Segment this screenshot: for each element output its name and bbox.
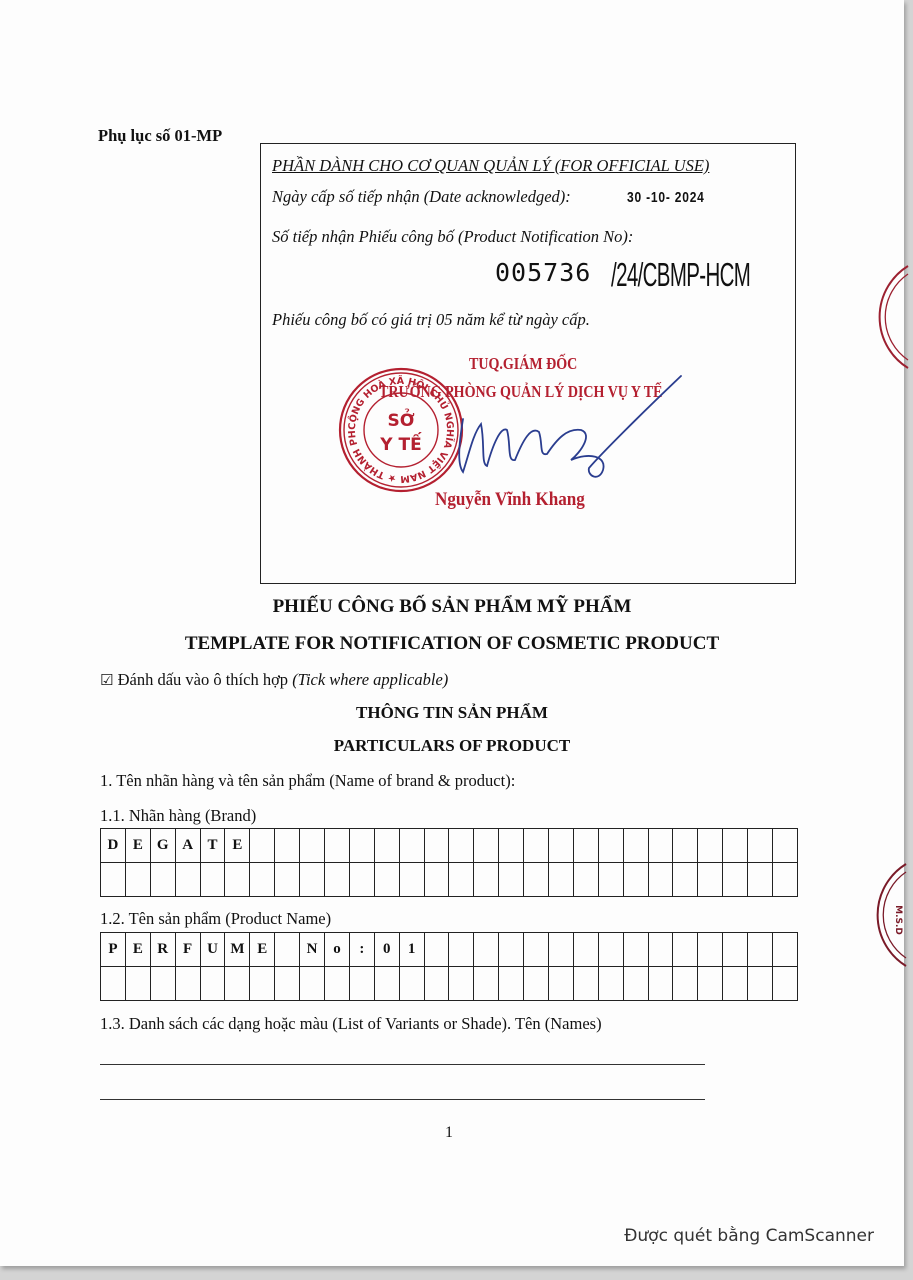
grid-cell	[350, 829, 375, 863]
grid-cell	[624, 933, 649, 967]
tick-instruction-vi: Đánh dấu vào ô thích hợp	[118, 670, 288, 689]
grid-cell	[673, 933, 698, 967]
grid-cell	[549, 933, 574, 967]
grid-cell	[649, 829, 674, 863]
item-1-1-label: 1.1. Nhãn hàng (Brand)	[100, 806, 256, 826]
grid-cell: T	[201, 829, 226, 863]
signature-icon	[411, 344, 711, 494]
document-page: Phụ lục số 01-MP PHẦN DÀNH CHO CƠ QUAN Q…	[0, 0, 904, 1266]
grid-cell	[375, 863, 400, 897]
grid-cell	[425, 863, 450, 897]
page-number: 1	[445, 1124, 453, 1142]
grid-cell	[599, 933, 624, 967]
grid-cell	[375, 967, 400, 1001]
grid-cell	[101, 863, 126, 897]
grid-cell	[574, 829, 599, 863]
item-1-label: 1. Tên nhãn hàng và tên sản phẩm (Name o…	[100, 771, 515, 791]
grid-cell: A	[176, 829, 201, 863]
grid-cell	[723, 829, 748, 863]
grid-cell	[499, 863, 524, 897]
grid-cell	[275, 829, 300, 863]
grid-cell	[400, 829, 425, 863]
official-use-title: PHẦN DÀNH CHO CƠ QUAN QUẢN LÝ (FOR OFFIC…	[272, 156, 709, 176]
grid-cell	[524, 967, 549, 1001]
grid-cell	[325, 967, 350, 1001]
grid-cell	[449, 829, 474, 863]
section-title-en: PARTICULARS OF PRODUCT	[0, 736, 904, 756]
grid-cell	[225, 863, 250, 897]
brand-grid: DEGATE	[100, 828, 798, 897]
grid-cell	[151, 967, 176, 1001]
grid-cell	[176, 967, 201, 1001]
grid-cell	[549, 967, 574, 1001]
grid-cell	[649, 863, 674, 897]
grid-cell	[624, 967, 649, 1001]
grid-cell	[325, 829, 350, 863]
grid-cell	[574, 967, 599, 1001]
notification-number: 005736	[495, 258, 591, 287]
grid-cell	[624, 829, 649, 863]
notification-number-suffix: /24/CBMP-HCM	[611, 256, 750, 294]
grid-cell	[524, 829, 549, 863]
grid-cell	[723, 933, 748, 967]
grid-cell	[673, 863, 698, 897]
grid-cell: R	[151, 933, 176, 967]
grid-cell	[499, 829, 524, 863]
grid-cell	[474, 829, 499, 863]
validity-text: Phiếu công bố có giá trị 05 năm kể từ ng…	[272, 310, 590, 330]
grid-cell	[748, 967, 773, 1001]
grid-cell	[773, 863, 798, 897]
tick-instruction-en: (Tick where applicable)	[292, 670, 448, 689]
item-1-2-label: 1.2. Tên sản phẩm (Product Name)	[100, 909, 331, 929]
grid-cell: E	[126, 933, 151, 967]
grid-cell	[599, 863, 624, 897]
grid-cell	[449, 863, 474, 897]
grid-cell	[474, 863, 499, 897]
grid-cell: N	[300, 933, 325, 967]
grid-cell	[748, 863, 773, 897]
grid-cell: U	[201, 933, 226, 967]
grid-cell	[649, 933, 674, 967]
document-title-vi: PHIẾU CÔNG BỐ SẢN PHẨM MỸ PHẨM	[0, 596, 904, 618]
grid-cell	[425, 967, 450, 1001]
grid-cell: :	[350, 933, 375, 967]
grid-cell	[723, 863, 748, 897]
grid-cell	[748, 829, 773, 863]
grid-cell	[698, 967, 723, 1001]
date-acknowledged-label: Ngày cấp số tiếp nhận (Date acknowledged…	[272, 187, 571, 207]
grid-cell	[275, 863, 300, 897]
grid-cell	[748, 933, 773, 967]
grid-cell	[549, 829, 574, 863]
variant-line-1	[100, 1064, 705, 1065]
grid-cell: P	[101, 933, 126, 967]
partial-stamp-icon	[870, 262, 910, 372]
checkbox-checked-icon: ☑	[100, 671, 113, 689]
grid-cell	[773, 933, 798, 967]
grid-cell	[698, 829, 723, 863]
grid-cell	[250, 967, 275, 1001]
grid-cell	[698, 933, 723, 967]
grid-cell: 1	[400, 933, 425, 967]
grid-cell: F	[176, 933, 201, 967]
official-use-box: PHẦN DÀNH CHO CƠ QUAN QUẢN LÝ (FOR OFFIC…	[260, 143, 796, 584]
grid-cell	[151, 863, 176, 897]
grid-cell: M	[225, 933, 250, 967]
grid-cell	[499, 967, 524, 1001]
grid-cell	[773, 967, 798, 1001]
item-1-3-label: 1.3. Danh sách các dạng hoặc màu (List o…	[100, 1014, 602, 1034]
grid-cell	[599, 967, 624, 1001]
grid-cell	[474, 967, 499, 1001]
grid-cell	[773, 829, 798, 863]
signer-name: Nguyễn Vĩnh Khang	[435, 489, 585, 511]
grid-cell: D	[101, 829, 126, 863]
grid-cell	[300, 863, 325, 897]
grid-cell	[673, 829, 698, 863]
section-title-vi: THÔNG TIN SẢN PHẨM	[0, 703, 904, 723]
grid-cell	[250, 863, 275, 897]
grid-cell: 0	[375, 933, 400, 967]
grid-cell	[549, 863, 574, 897]
grid-cell	[574, 933, 599, 967]
tick-instruction: ☑ Đánh dấu vào ô thích hợp (Tick where a…	[100, 670, 448, 690]
grid-cell	[449, 967, 474, 1001]
grid-cell: E	[126, 829, 151, 863]
grid-cell	[275, 933, 300, 967]
notification-number-label: Số tiếp nhận Phiếu công bố (Product Noti…	[272, 227, 633, 247]
grid-cell	[201, 863, 226, 897]
grid-cell: E	[250, 933, 275, 967]
grid-cell	[400, 967, 425, 1001]
grid-cell	[499, 933, 524, 967]
grid-cell	[225, 967, 250, 1001]
grid-cell	[474, 933, 499, 967]
scanner-watermark: Được quét bằng CamScanner	[624, 1226, 874, 1246]
date-acknowledged-value: 30 -10- 2024	[627, 189, 705, 206]
grid-cell	[176, 863, 201, 897]
grid-cell	[101, 967, 126, 1001]
grid-cell	[250, 829, 275, 863]
grid-cell	[425, 829, 450, 863]
product-name-grid: PERFUMENo:01	[100, 932, 798, 1001]
grid-cell	[673, 967, 698, 1001]
grid-cell	[449, 933, 474, 967]
appendix-label: Phụ lục số 01-MP	[98, 126, 222, 146]
grid-cell	[698, 863, 723, 897]
grid-cell: o	[325, 933, 350, 967]
grid-cell	[375, 829, 400, 863]
grid-cell	[126, 967, 151, 1001]
grid-cell	[524, 863, 549, 897]
grid-cell	[126, 863, 151, 897]
side-stamp-text: M.S.D	[893, 905, 903, 935]
grid-cell	[723, 967, 748, 1001]
grid-cell	[425, 933, 450, 967]
variant-line-2	[100, 1099, 705, 1100]
grid-cell	[524, 933, 549, 967]
grid-cell	[400, 863, 425, 897]
grid-cell	[275, 967, 300, 1001]
grid-cell: E	[225, 829, 250, 863]
grid-cell	[599, 829, 624, 863]
grid-cell	[624, 863, 649, 897]
grid-cell	[325, 863, 350, 897]
grid-cell: G	[151, 829, 176, 863]
document-title-en: TEMPLATE FOR NOTIFICATION OF COSMETIC PR…	[0, 633, 904, 655]
grid-cell	[350, 967, 375, 1001]
grid-cell	[350, 863, 375, 897]
grid-cell	[574, 863, 599, 897]
partial-stamp-icon: M.S.D	[868, 860, 908, 970]
grid-cell	[201, 967, 226, 1001]
grid-cell	[300, 967, 325, 1001]
grid-cell	[300, 829, 325, 863]
grid-cell	[649, 967, 674, 1001]
